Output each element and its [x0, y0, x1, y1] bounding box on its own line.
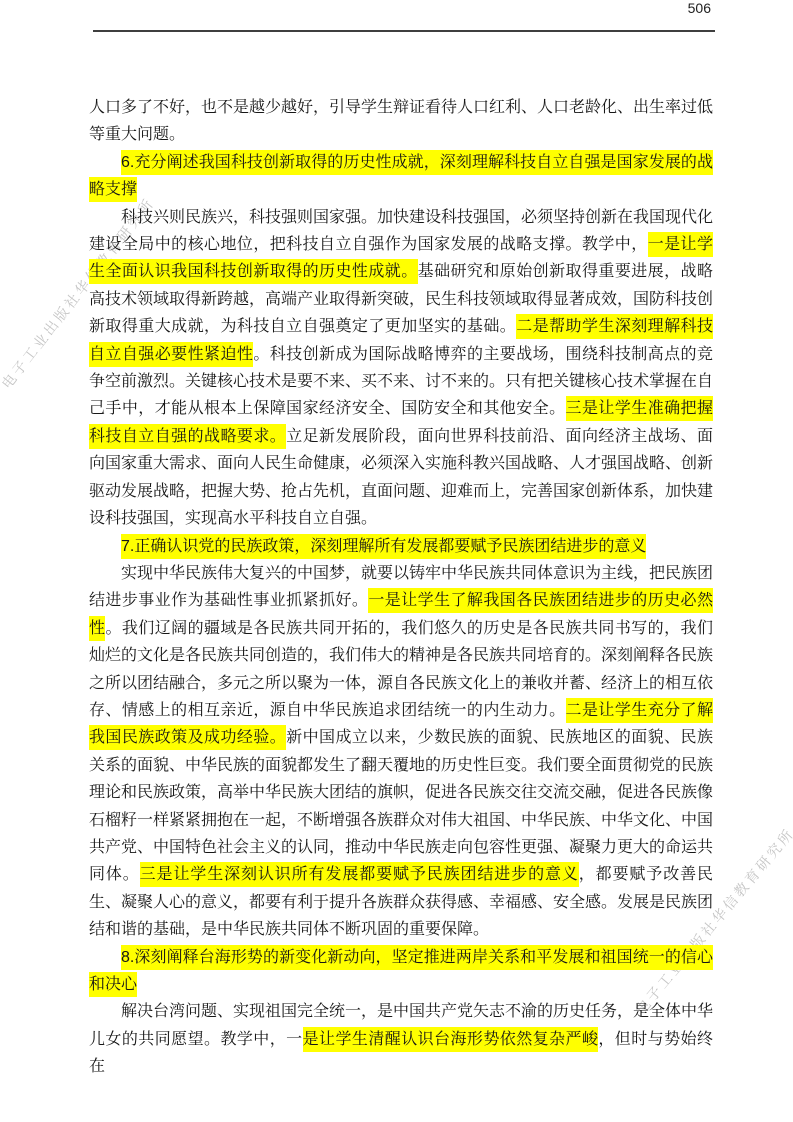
text-run: 人口多了不好，也不是越少越好，引导学生辩证看待人口红利、人口老龄化、出生率过低等… — [89, 99, 713, 143]
body-text: 人口多了不好，也不是越少越好，引导学生辩证看待人口红利、人口老龄化、出生率过低等… — [89, 94, 713, 1081]
section-heading: 8.深刻阐释台海形势的新变化新动向，坚定推进两岸关系和平发展和祖国统一的信心和决… — [89, 944, 713, 999]
paragraph: 解决台湾问题、实现祖国完全统一，是中国共产党矢志不渝的历史任务，是全体中华儿女的… — [89, 998, 713, 1080]
paragraph: 实现中华民族伟大复兴的中国梦，就要以铸牢中华民族共同体意识为主线，把民族团结进步… — [89, 560, 713, 944]
section-heading: 6.充分阐述我国科技创新取得的历史性成就，深刻理解科技自立自强是国家发展的战略支… — [89, 149, 713, 204]
section-heading: 7.正确认识党的民族政策，深刻理解所有发展都要赋予民族团结进步的意义 — [89, 533, 713, 560]
highlighted-text: 三是让学生深刻认识所有发展都要赋予民族团结进步的意义 — [140, 862, 579, 887]
page-number: 506 — [688, 0, 711, 16]
paragraph: 人口多了不好，也不是越少越好，引导学生辩证看待人口红利、人口老龄化、出生率过低等… — [89, 94, 713, 149]
text-run: 科技兴则民族兴，科技强则国家强。加快建设科技强国，必须坚持创新在我国现代化建设全… — [89, 209, 713, 253]
document-page: 506 电子工业出版社华信教育研究所 电子工业出版社华信教育研究所 人口多了不好… — [0, 0, 793, 1122]
header-rule — [93, 30, 715, 32]
highlighted-text: 6.充分阐述我国科技创新取得的历史性成就，深刻理解科技自立自强是国家发展的战略支… — [89, 150, 713, 202]
highlighted-text: 8.深刻阐释台海形势的新变化新动向，坚定推进两岸关系和平发展和祖国统一的信心和决… — [89, 945, 713, 997]
highlighted-text: 是让学生清醒认识台海形势依然复杂严峻 — [303, 1027, 599, 1052]
paragraph: 科技兴则民族兴，科技强则国家强。加快建设科技强国，必须坚持创新在我国现代化建设全… — [89, 204, 713, 533]
highlighted-text: 7.正确认识党的民族政策，深刻理解所有发展都要赋予民族团结进步的意义 — [121, 534, 646, 559]
text-run: 新中国成立以来，少数民族的面貌、民族地区的面貌、民族关系的面貌、中华民族的面貌都… — [89, 729, 713, 883]
